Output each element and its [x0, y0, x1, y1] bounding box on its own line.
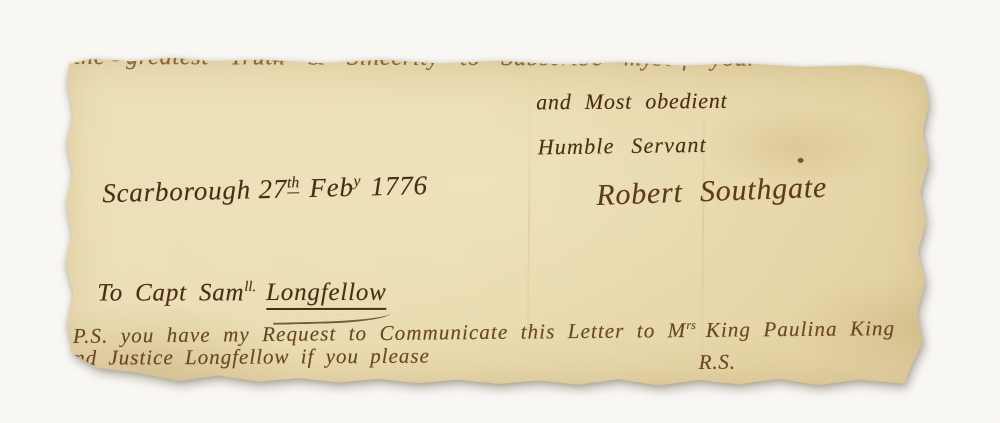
dateline-month-suffix: y: [353, 173, 360, 190]
photo-background: the greatest Truth & Sincerity to Subscr…: [0, 0, 1000, 423]
postscript-line-2: and Justice Longfellow if you please: [63, 346, 430, 369]
closing-obedient-line: and Most obedient: [536, 90, 728, 114]
dateline-year: 1776: [370, 170, 428, 201]
address-line: To Capt Samll.Longfellow: [97, 280, 386, 306]
address-name: Longfellow: [266, 279, 387, 310]
closing-humble-text: Humble Servant: [538, 132, 708, 160]
address-prefix: To Capt Sam: [97, 279, 244, 306]
dateline-place-day: Scarborough 27: [102, 174, 288, 209]
ps1-mrs-superscript: rs: [686, 318, 696, 332]
postscript-line-1: P.S. you have my Request to Communicate …: [73, 317, 896, 347]
paper-sheet: the greatest Truth & Sincerity to Subscr…: [58, 54, 935, 392]
address-superscript: ll.: [244, 279, 256, 295]
closing-obedient-text: and Most obedient: [536, 88, 728, 115]
dateline: Scarborough 27thFeby1776: [102, 172, 428, 207]
dateline-day-suffix: th: [287, 174, 300, 193]
closing-line-fragment: the greatest Truth & Sincerity to Subscr…: [74, 45, 758, 71]
ink-speck: [798, 158, 804, 163]
postscript-initials: R.S.: [699, 352, 736, 373]
signature: Robert Southgate: [596, 173, 828, 211]
dateline-month: Feb: [309, 172, 354, 203]
ps2-text: and Justice Longfellow if you please: [63, 344, 430, 370]
ps1-text-b: King Paulina King: [706, 316, 896, 342]
signature-text: Robert Southgate: [596, 171, 828, 212]
ps-initials-text: R.S.: [699, 350, 736, 374]
letter-paper: the greatest Truth & Sincerity to Subscr…: [60, 58, 934, 388]
closing-fragment-text: the greatest Truth & Sincerity to Subscr…: [74, 44, 758, 72]
closing-humble-line: Humble Servant: [538, 134, 707, 159]
